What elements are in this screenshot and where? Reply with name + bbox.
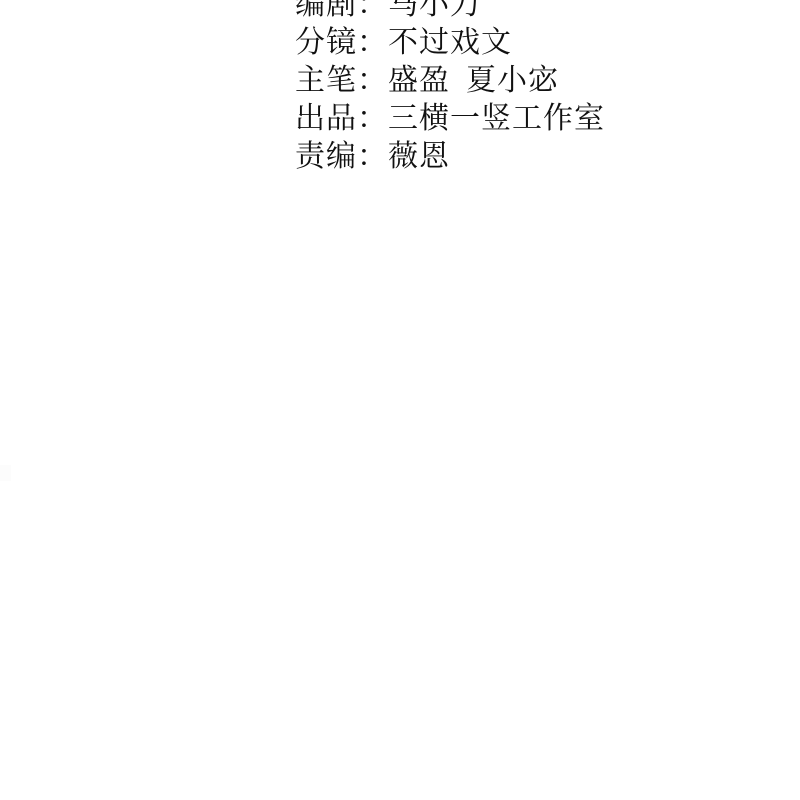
credit-line-editor: 责编：薇恩 xyxy=(295,138,605,176)
credits-block: 编剧：马小刀 分镜：不过戏文 主笔：盛盈 夏小宓 出品：三横一竖工作室 责编：薇… xyxy=(295,0,605,176)
credit-line-producer: 出品：三横一竖工作室 xyxy=(295,100,605,138)
credit-line-storyboard: 分镜：不过戏文 xyxy=(295,24,605,62)
page-edge-artifact xyxy=(0,465,11,481)
credit-line-lead-artist: 主笔：盛盈 夏小宓 xyxy=(295,62,605,100)
comic-credits-page: 编剧：马小刀 分镜：不过戏文 主笔：盛盈 夏小宓 出品：三横一竖工作室 责编：薇… xyxy=(0,0,800,800)
credit-line-screenwriter: 编剧：马小刀 xyxy=(295,0,605,24)
